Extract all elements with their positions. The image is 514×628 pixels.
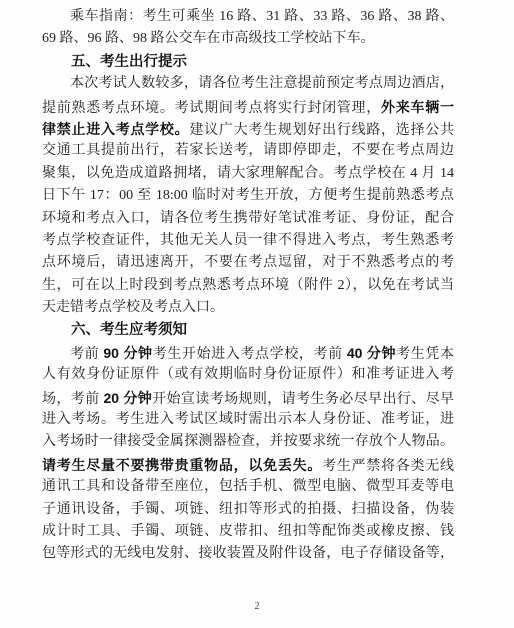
text-run: 建议广大考生规划好出行线路，选择公共 (189, 123, 454, 138)
text-run: 考生凭本 (396, 347, 454, 362)
text-run: 考生严禁将各类无线 (322, 459, 454, 474)
text-run: 考点学校查证件，其他无关人员一律不得进入考点，考生熟悉考 (42, 233, 454, 248)
text-line: 聚集，以免造成道路拥堵，请大家理解配合。考点学校在 4 月 14 (42, 163, 454, 185)
text-line: 提前熟悉考点环境。考试期间考点将实行封闭管理，外来车辆一 (42, 96, 454, 118)
text-line: 场，考前 20 分钟开始宣读考场规则，请考生务必尽早出行、尽早 (42, 387, 454, 409)
text-run: 交通工具提前出行，若家长送考，请即停即走，不要在考点周边 (42, 143, 454, 158)
text-run: 成计时工具、手镯、项链、皮带扣、纽扣等配饰类或橡皮擦、钱 (42, 524, 454, 539)
text-line: 成计时工具、手镯、项链、皮带扣、纽扣等配饰类或橡皮擦、钱 (42, 521, 454, 543)
bold-text-run: 六、考生应考须知 (71, 322, 187, 338)
bold-text-run: 40 分钟 (347, 345, 396, 361)
text-line: 进入考场。考生进入考试区域时需出示本人身份证、准考证，进 (42, 409, 454, 431)
text-line: 点环境后，请迅速离开，不要在考点逗留，对于不熟悉考点的考 (42, 252, 454, 274)
text-run: 考生开始进入考点学校，考前 (153, 347, 347, 362)
text-run: 人有效身份证原件（或有效期临时身份证原件）和准考证进入考 (42, 367, 454, 382)
text-line: 日下午 17：00 至 18:00 临时对考生开放，方便考生提前熟悉考点 (42, 185, 454, 207)
text-run: 场，考前 (42, 392, 103, 407)
text-run: 提前熟悉考点环境。考试期间考点将实行封闭管理， (42, 101, 381, 116)
bold-text-run: 五、考生出行提示 (71, 54, 187, 70)
text-run: 聚集，以免造成道路拥堵，请大家理解配合。考点学校在 4 月 14 (42, 166, 454, 181)
text-line: 考前 90 分钟考生开始进入考点学校，考前 40 分钟考生凭本 (42, 342, 454, 364)
text-run: 本次考试人数较多，请各位考生注意提前预定考点周边酒店， (70, 76, 454, 91)
text-line: 天走错考点学校及考点入口。 (42, 297, 454, 319)
text-run: 乘车指南：考生可乘坐 16 路、31 路、33 路、36 路、38 路、 (70, 9, 454, 24)
text-line: 通讯工具和设备带至座位，包括手机、微型电脑、微型耳麦等电 (42, 476, 454, 498)
bold-text-run: 20 分钟 (103, 390, 152, 406)
text-line: 生，可在以上时段到考点熟悉考点环境（附件 2），以免在考试当 (42, 275, 454, 297)
page-number-footer: 2 (0, 601, 514, 612)
text-run: 考前 (70, 347, 103, 362)
text-run: 日下午 17：00 至 18:00 临时对考生开放，方便考生提前熟悉考点 (42, 188, 454, 203)
text-run: 进入考场。考生进入考试区域时需出示本人身份证、准考证，进 (42, 412, 454, 427)
text-line: 考点学校查证件，其他无关人员一律不得进入考点，考生熟悉考 (42, 230, 454, 252)
text-line: 乘车指南：考生可乘坐 16 路、31 路、33 路、36 路、38 路、 (42, 6, 454, 28)
text-run: 生，可在以上时段到考点熟悉考点环境（附件 2），以免在考试当 (42, 278, 454, 293)
bold-text-run: 律禁止进入考点学校。 (42, 121, 189, 137)
section-heading: 五、考生出行提示 (42, 51, 454, 73)
text-line: 入考场时一律接受金属探测器检查，并按要求统一存放个人物品。 (42, 431, 454, 453)
text-line: 包等形式的无线电发射、接收装置及附件设备，电子存储设备等， (42, 543, 454, 565)
text-run: 入考场时一律接受金属探测器检查，并按要求统一存放个人物品。 (42, 434, 454, 449)
text-line: 律禁止进入考点学校。建议广大考生规划好出行线路，选择公共 (42, 118, 454, 140)
text-run: 开始宣读考场规则，请考生务必尽早出行、尽早 (152, 392, 454, 407)
text-run: 环境和考点入口，请各位考生携带好笔试准考证、身份证，配合 (42, 211, 454, 226)
bold-text-run: 外来车辆一 (381, 99, 454, 115)
text-line: 请考生尽量不要携带贵重物品，以免丢失。考生严禁将各类无线 (42, 454, 454, 476)
text-run: 69 路、96 路、98 路公交车在市高级技工学校站下车。 (42, 31, 375, 46)
text-run: 子通讯设备，手镯、项链、纽扣等形式的拍摄、扫描设备，伪装 (42, 502, 454, 517)
bold-text-run: 请考生尽量不要携带贵重物品，以免丢失。 (42, 457, 322, 473)
bold-text-run: 90 分钟 (103, 345, 152, 361)
text-line: 子通讯设备，手镯、项链、纽扣等形式的拍摄、扫描设备，伪装 (42, 499, 454, 521)
section-heading: 六、考生应考须知 (42, 319, 454, 341)
text-line: 69 路、96 路、98 路公交车在市高级技工学校站下车。 (42, 28, 454, 50)
text-run: 点环境后，请迅速离开，不要在考点逗留，对于不熟悉考点的考 (42, 255, 454, 270)
text-run: 包等形式的无线电发射、接收装置及附件设备，电子存储设备等， (42, 546, 454, 561)
document-page: 乘车指南：考生可乘坐 16 路、31 路、33 路、36 路、38 路、69 路… (0, 0, 514, 628)
text-line: 交通工具提前出行，若家长送考，请即停即走，不要在考点周边 (42, 140, 454, 162)
text-line: 人有效身份证原件（或有效期临时身份证原件）和准考证进入考 (42, 364, 454, 386)
document-lines: 乘车指南：考生可乘坐 16 路、31 路、33 路、36 路、38 路、69 路… (42, 6, 454, 566)
text-line: 本次考试人数较多，请各位考生注意提前预定考点周边酒店， (42, 73, 454, 95)
text-line: 环境和考点入口，请各位考生携带好笔试准考证、身份证，配合 (42, 208, 454, 230)
text-run: 天走错考点学校及考点入口。 (42, 300, 224, 315)
text-run: 通讯工具和设备带至座位，包括手机、微型电脑、微型耳麦等电 (42, 479, 454, 494)
